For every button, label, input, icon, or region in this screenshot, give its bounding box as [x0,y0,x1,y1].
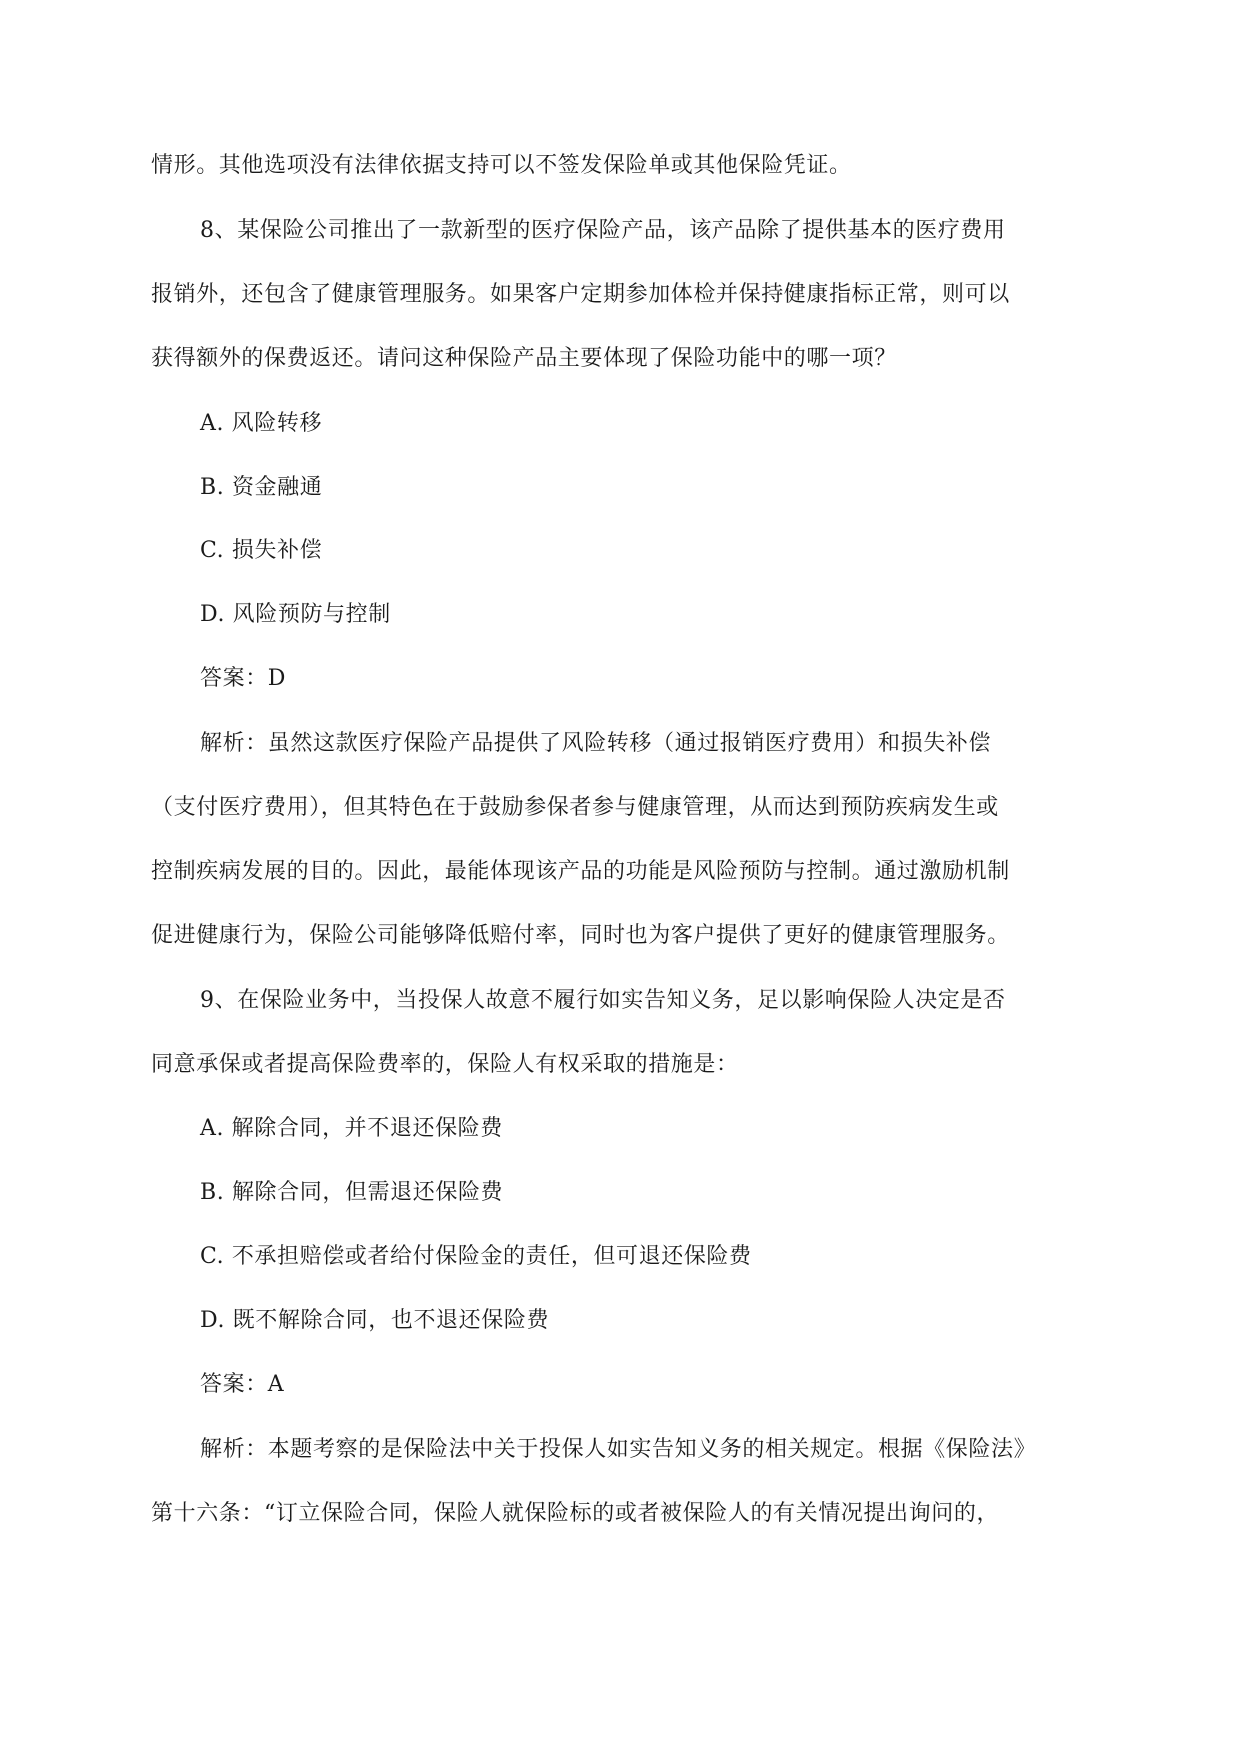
answer-line: 答案：A [200,1370,284,1400]
text-line: 同意承保或者提高保险费率的，保险人有权采取的措施是： [151,1050,739,1080]
option-c: C. 不承担赔偿或者给付保险金的责任，但可退还保险费 [200,1242,752,1272]
option-b: B. 解除合同，但需退还保险费 [200,1178,503,1208]
analysis-line: 解析：虽然这款医疗保险产品提供了风险转移（通过报销医疗费用）和损失补偿 [200,729,991,759]
text-line: 报销外，还包含了健康管理服务。如果客户定期参加体检并保持健康指标正常，则可以 [151,280,1010,310]
text-line: （支付医疗费用），但其特色在于鼓励参保者参与健康管理，从而达到预防疾病发生或 [151,793,999,823]
option-a: A. 风险转移 [200,409,322,439]
text-line: 情形。其他选项没有法律依据支持可以不签发保险单或其他保险凭证。 [151,151,852,181]
option-a: A. 解除合同，并不退还保险费 [200,1114,503,1144]
question-8-line: 8、某保险公司推出了一款新型的医疗保险产品，该产品除了提供基本的医疗费用 [200,216,1006,246]
text-line: 获得额外的保费返还。请问这种保险产品主要体现了保险功能中的哪一项？ [151,344,897,374]
option-d: D. 风险预防与控制 [200,600,391,630]
text-line: 控制疾病发展的目的。因此，最能体现该产品的功能是风险预防与控制。通过激励机制 [151,857,1010,887]
answer-line: 答案：D [200,664,286,694]
text-line: 促进健康行为，保险公司能够降低赔付率，同时也为客户提供了更好的健康管理服务。 [151,921,1010,951]
option-c: C. 损失补偿 [200,536,322,566]
analysis-line: 解析：本题考察的是保险法中关于投保人如实告知义务的相关规定。根据《保险法》 [200,1435,1036,1465]
question-9-line: 9、在保险业务中，当投保人故意不履行如实告知义务，足以影响保险人决定是否 [200,986,1006,1016]
option-d: D. 既不解除合同，也不退还保险费 [200,1306,549,1336]
option-b: B. 资金融通 [200,473,322,503]
text-line: 第十六条：“订立保险合同，保险人就保险标的或者被保险人的有关情况提出询问的， [151,1499,999,1529]
